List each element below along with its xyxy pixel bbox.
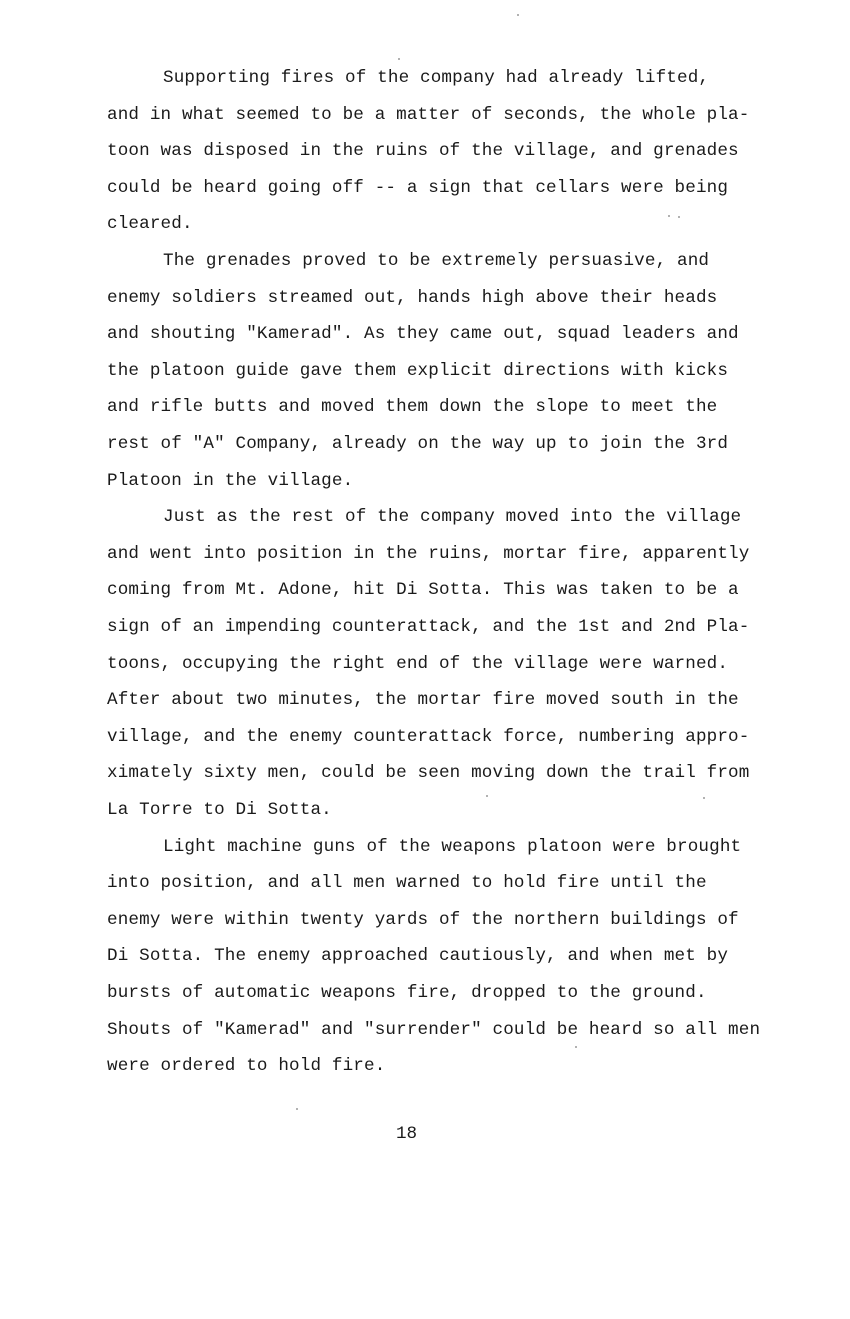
text-line: sign of an impending counterattack, and … <box>107 615 749 639</box>
text-line: enemy soldiers streamed out, hands high … <box>107 286 717 310</box>
scan-speck <box>296 1108 298 1110</box>
text-line: village, and the enemy counterattack for… <box>107 725 749 749</box>
text-line: the platoon guide gave them explicit dir… <box>107 359 728 383</box>
scan-speck <box>678 216 680 218</box>
text-line: and went into position in the ruins, mor… <box>107 542 749 566</box>
text-line: ximately sixty men, could be seen moving… <box>107 761 749 785</box>
text-line: toon was disposed in the ruins of the vi… <box>107 139 739 163</box>
scan-speck <box>668 215 670 217</box>
scan-speck <box>517 14 519 16</box>
text-line: La Torre to Di Sotta. <box>107 798 332 822</box>
text-line: and in what seemed to be a matter of sec… <box>107 103 749 127</box>
paragraph-first-line: Supporting fires of the company had alre… <box>163 66 709 90</box>
scan-speck <box>486 795 488 797</box>
scan-speck <box>575 1046 577 1048</box>
document-page: Supporting fires of the company had alre… <box>0 0 850 1319</box>
text-line: into position, and all men warned to hol… <box>107 871 707 895</box>
paragraph-first-line: The grenades proved to be extremely pers… <box>163 249 709 273</box>
text-line: Platoon in the village. <box>107 469 353 493</box>
text-line: bursts of automatic weapons fire, droppe… <box>107 981 707 1005</box>
text-line: Di Sotta. The enemy approached cautiousl… <box>107 944 728 968</box>
text-line: Shouts of "Kamerad" and "surrender" coul… <box>107 1018 760 1042</box>
page-number: 18 <box>396 1124 417 1144</box>
text-line: could be heard going off -- a sign that … <box>107 176 728 200</box>
text-line: were ordered to hold fire. <box>107 1054 385 1078</box>
scan-speck <box>398 58 400 60</box>
text-line: After about two minutes, the mortar fire… <box>107 688 739 712</box>
text-line: cleared. <box>107 212 193 236</box>
text-line: toons, occupying the right end of the vi… <box>107 652 728 676</box>
text-line: enemy were within twenty yards of the no… <box>107 908 739 932</box>
paragraph-first-line: Just as the rest of the company moved in… <box>163 505 741 529</box>
text-line: and shouting "Kamerad". As they came out… <box>107 322 739 346</box>
text-line: rest of "A" Company, already on the way … <box>107 432 728 456</box>
text-line: coming from Mt. Adone, hit Di Sotta. Thi… <box>107 578 739 602</box>
scan-speck <box>703 797 705 799</box>
paragraph-first-line: Light machine guns of the weapons platoo… <box>163 835 741 859</box>
text-line: and rifle butts and moved them down the … <box>107 395 717 419</box>
